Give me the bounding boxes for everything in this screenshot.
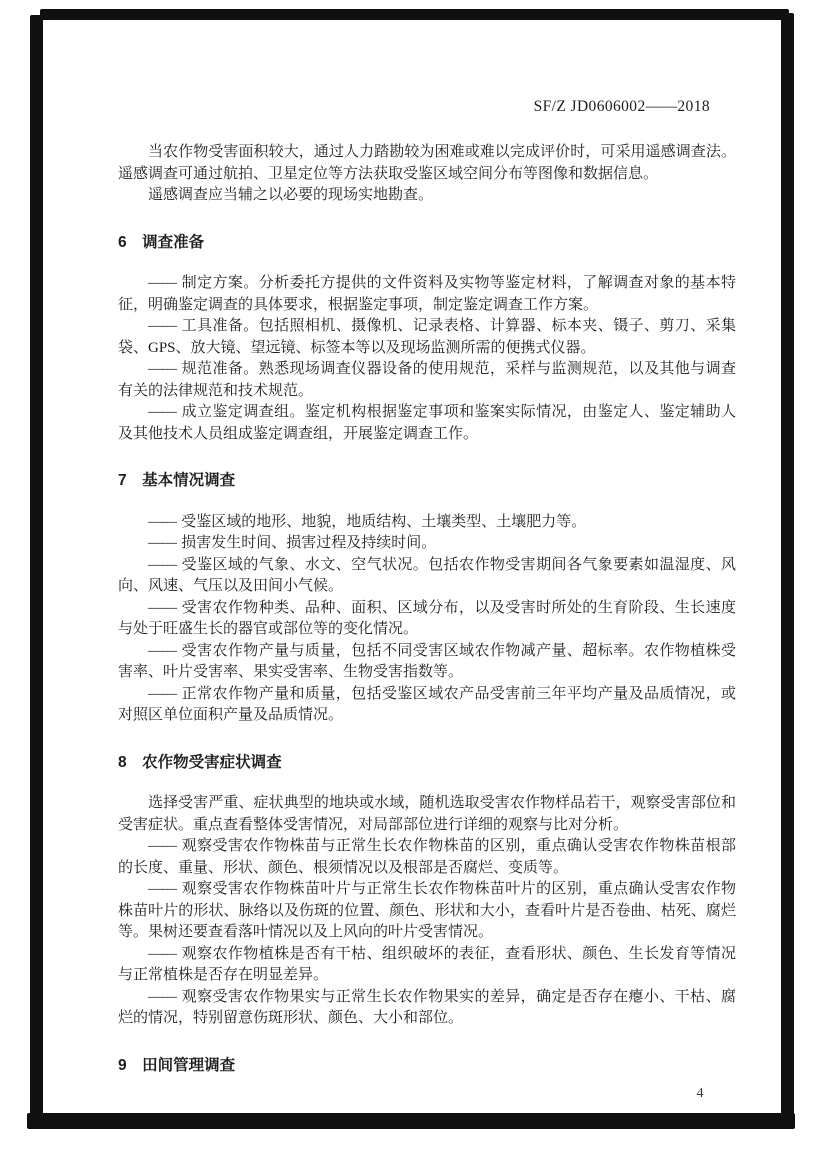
list-item: ——受鉴区域的地形、地貌，地质结构、土壤类型、土壤肥力等。 — [118, 512, 736, 534]
section-heading-9: 9田间管理调查 — [118, 1055, 736, 1077]
list-item: ——受害农作物种类、品种、面积、区域分布，以及受害时所处的生育阶段、生长速度与处… — [118, 598, 736, 641]
document-body: 当农作物受害面积较大，通过人力踏勘较为困难或难以完成评价时，可采用遥感调查法。遥… — [118, 142, 736, 1096]
section-8-body: 选择受害严重、症状典型的地块或水域，随机选取受害农作物样品若干，观察受害部位和受… — [118, 793, 736, 1030]
scan-frame-bottom — [27, 1113, 795, 1129]
intro-paragraph: 当农作物受害面积较大，通过人力踏勘较为困难或难以完成评价时，可采用遥感调查法。遥… — [118, 142, 736, 185]
dash-marker: —— — [148, 404, 176, 420]
section-number: 6 — [118, 234, 127, 251]
list-item: ——观察农作物植株是否有干枯、组织破坏的表征，查看形状、颜色、生长发育等情况与正… — [118, 944, 736, 987]
dash-marker: —— — [148, 514, 176, 530]
section-6-body: ——制定方案。分析委托方提供的文件资料及实物等鉴定材料，了解调查对象的基本特征，… — [118, 273, 736, 445]
dash-marker: —— — [148, 838, 176, 854]
list-item-text: 正常农作物产量和质量，包括受鉴区域农产品受害前三年平均产量及品质情况，或对照区单… — [118, 686, 736, 724]
section-number: 9 — [118, 1057, 127, 1074]
list-item-text: 受害农作物种类、品种、面积、区域分布，以及受害时所处的生育阶段、生长速度与处于旺… — [118, 600, 736, 638]
section-number: 8 — [118, 754, 127, 771]
dash-marker: —— — [148, 643, 176, 659]
list-item: ——工具准备。包括照相机、摄像机、记录表格、计算器、标本夹、镊子、剪刀、采集袋、… — [118, 316, 736, 359]
section-title: 基本情况调查 — [142, 472, 235, 489]
dash-marker: —— — [148, 535, 176, 551]
dash-marker: —— — [148, 881, 176, 897]
scan-frame-top — [40, 9, 789, 20]
section-heading-8: 8农作物受害症状调查 — [118, 752, 736, 774]
list-item-text: 观察农作物植株是否有干枯、组织破坏的表征，查看形状、颜色、生长发育等情况与正常植… — [118, 946, 736, 984]
list-item-text: 损害发生时间、损害过程及持续时间。 — [181, 535, 436, 551]
dash-marker: —— — [148, 946, 176, 962]
list-item: ——正常农作物产量和质量，包括受鉴区域农产品受害前三年平均产量及品质情况，或对照… — [118, 684, 736, 727]
list-item: ——规范准备。熟悉现场调查仪器设备的使用规范，采样与监测规范，以及其他与调查有关… — [118, 359, 736, 402]
list-item-text: 成立鉴定调查组。鉴定机构根据鉴定事项和鉴案实际情况，由鉴定人、鉴定辅助人及其他技… — [118, 404, 736, 442]
list-item-text: 受害农作物产量与质量，包括不同受害区域农作物减产量、超标率。农作物植株受害率、叶… — [118, 643, 736, 681]
list-item-text: 观察受害农作物株苗叶片与正常生长农作物株苗叶片的区别，重点确认受害农作物株苗叶片… — [118, 881, 736, 940]
list-item-text: 受鉴区域的地形、地貌，地质结构、土壤类型、土壤肥力等。 — [181, 514, 586, 530]
section-7-body: ——受鉴区域的地形、地貌，地质结构、土壤类型、土壤肥力等。 ——损害发生时间、损… — [118, 512, 736, 727]
section-heading-6: 6调查准备 — [118, 232, 736, 254]
scan-frame-left — [30, 15, 43, 1121]
dash-marker: —— — [148, 361, 176, 377]
list-item: ——损害发生时间、损害过程及持续时间。 — [118, 533, 736, 555]
list-item-text: 制定方案。分析委托方提供的文件资料及实物等鉴定材料，了解调查对象的基本特征，明确… — [118, 275, 736, 313]
list-item: ——制定方案。分析委托方提供的文件资料及实物等鉴定材料，了解调查对象的基本特征，… — [118, 273, 736, 316]
section-heading-7: 7基本情况调查 — [118, 470, 736, 492]
section-title: 调查准备 — [142, 234, 204, 251]
dash-marker: —— — [148, 686, 176, 702]
document-code: SF/Z JD0606002——2018 — [410, 98, 710, 116]
dash-marker: —— — [148, 318, 176, 334]
dash-marker: —— — [148, 275, 176, 291]
list-item-text: 工具准备。包括照相机、摄像机、记录表格、计算器、标本夹、镊子、剪刀、采集袋、GP… — [118, 318, 736, 356]
list-item-text: 规范准备。熟悉现场调查仪器设备的使用规范，采样与监测规范，以及其他与调查有关的法… — [118, 361, 736, 399]
dash-marker: —— — [148, 557, 176, 573]
section-number: 7 — [118, 472, 127, 489]
intro-paragraph: 遥感调查应当辅之以必要的现场实地勘查。 — [118, 185, 736, 207]
section-title: 田间管理调查 — [142, 1057, 235, 1074]
list-item-text: 受鉴区域的气象、水文、空气状况。包括农作物受害期间各气象要素如温湿度、风向、风速… — [118, 557, 736, 595]
dash-marker: —— — [148, 600, 176, 616]
dash-marker: —— — [148, 989, 176, 1005]
list-item: ——成立鉴定调查组。鉴定机构根据鉴定事项和鉴案实际情况，由鉴定人、鉴定辅助人及其… — [118, 402, 736, 445]
list-item: ——观察受害农作物株苗与正常生长农作物株苗的区别，重点确认受害农作物株苗根部的长… — [118, 836, 736, 879]
scan-frame-right — [781, 13, 794, 1123]
page-number: 4 — [660, 1086, 740, 1102]
list-item: ——观察受害农作物株苗叶片与正常生长农作物株苗叶片的区别，重点确认受害农作物株苗… — [118, 879, 736, 944]
list-item-text: 观察受害农作物果实与正常生长农作物果实的差异，确定是否存在瘪小、干枯、腐烂的情况… — [118, 989, 736, 1027]
list-item: ——观察受害农作物果实与正常生长农作物果实的差异，确定是否存在瘪小、干枯、腐烂的… — [118, 987, 736, 1030]
section-title: 农作物受害症状调查 — [142, 754, 282, 771]
list-item: ——受害农作物产量与质量，包括不同受害区域农作物减产量、超标率。农作物植株受害率… — [118, 641, 736, 684]
list-item-text: 观察受害农作物株苗与正常生长农作物株苗的区别，重点确认受害农作物株苗根部的长度、… — [118, 838, 736, 876]
list-item: ——受鉴区域的气象、水文、空气状况。包括农作物受害期间各气象要素如温湿度、风向、… — [118, 555, 736, 598]
section-intro: 选择受害严重、症状典型的地块或水域，随机选取受害农作物样品若干，观察受害部位和受… — [118, 793, 736, 836]
